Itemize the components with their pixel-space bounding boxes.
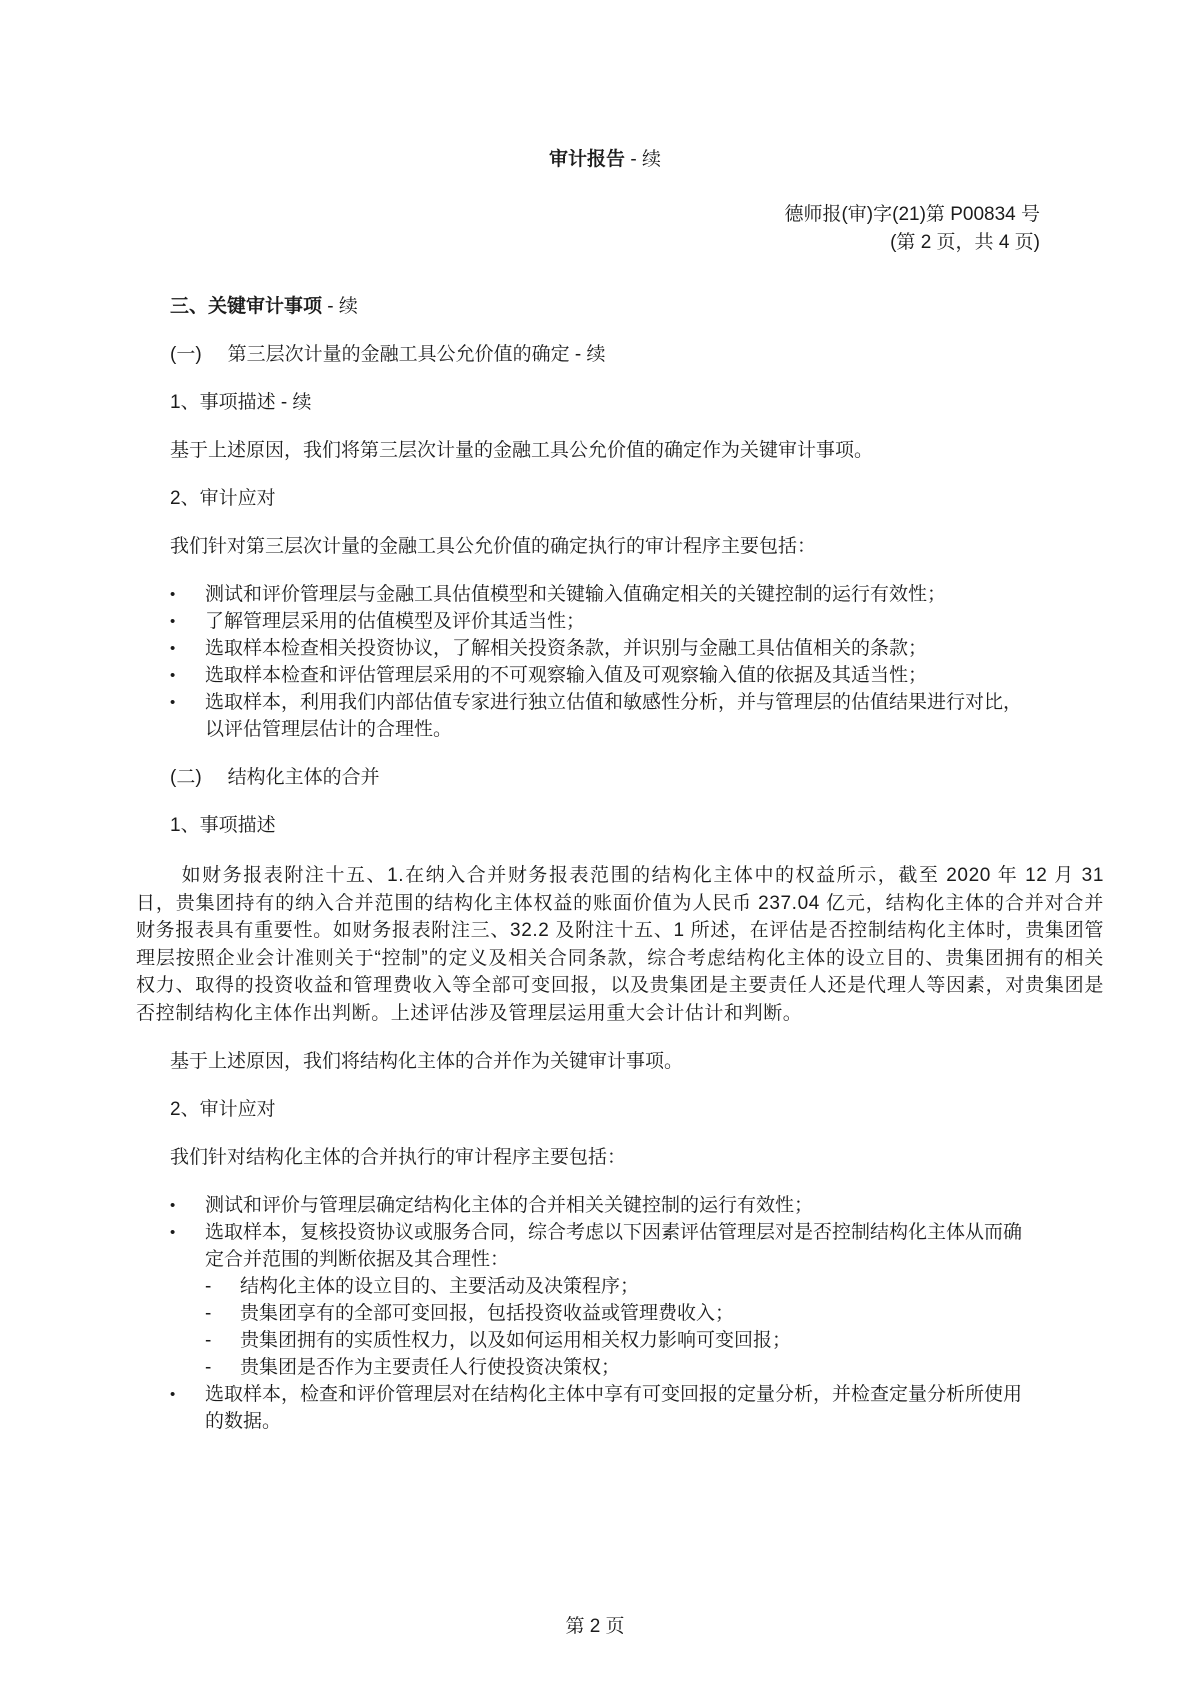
report-reference: 德师报(审)字(21)第 P00834 号 (第 2 页，共 4 页)	[170, 201, 1040, 257]
list-item: • 测试和评价与管理层确定结构化主体的合并相关关键控制的运行有效性；	[170, 1192, 1040, 1219]
item2-desc-heading: 1、事项描述	[170, 812, 1040, 839]
list-item-text: 测试和评价与管理层确定结构化主体的合并相关关键控制的运行有效性；	[205, 1192, 1040, 1219]
item2-desc-paragraph: 如财务报表附注十五、1.在纳入合并财务报表范围的结构化主体中的权益所示，截至 2…	[136, 862, 1104, 1027]
page-number-footer: 第 2 页	[0, 1613, 1190, 1640]
item2-response-heading: 2、审计应对	[170, 1096, 1040, 1123]
bullet-icon: •	[170, 662, 205, 689]
dash-icon: -	[205, 1273, 240, 1300]
sub-list-item: - 贵集团是否作为主要责任人行使投资决策权；	[205, 1354, 1040, 1381]
sub-list-item: - 贵集团拥有的实质性权力，以及如何运用相关权力影响可变回报；	[205, 1327, 1040, 1354]
dash-icon: -	[205, 1300, 240, 1327]
audit-report-page: 审计报告 - 续 德师报(审)字(21)第 P00834 号 (第 2 页，共 …	[0, 0, 1190, 1684]
item2-title: 结构化主体的合并	[228, 764, 380, 791]
item2-procedures-list: • 测试和评价与管理层确定结构化主体的合并相关关键控制的运行有效性； • 选取样…	[170, 1192, 1040, 1435]
item1-desc-paragraph: 基于上述原因，我们将第三层次计量的金融工具公允价值的确定作为关键审计事项。	[170, 437, 1040, 464]
page-content: 审计报告 - 续 德师报(审)字(21)第 P00834 号 (第 2 页，共 …	[0, 0, 1190, 1435]
bullet-icon: •	[170, 1192, 205, 1219]
bullet-icon: •	[170, 1219, 205, 1273]
list-item: • 了解管理层采用的估值模型及评价其适当性；	[170, 608, 1040, 635]
bullet-icon: •	[170, 581, 205, 608]
section-heading-suffix: - 续	[322, 296, 358, 317]
list-item: • 选取样本，检查和评价管理层对在结构化主体中享有可变回报的定量分析，并检查定量…	[170, 1381, 1040, 1435]
list-item-text: 选取样本检查和评估管理层采用的不可观察输入值及可观察输入值的依据及其适当性；	[205, 662, 1040, 689]
list-item-text: 了解管理层采用的估值模型及评价其适当性；	[205, 608, 1040, 635]
list-item-text: 选取样本，复核投资协议或服务合同，综合考虑以下因素评估管理层对是否控制结构化主体…	[205, 1219, 1040, 1273]
item2-number: (二)	[170, 764, 202, 791]
section-heading-text: 三、关键审计事项	[170, 296, 322, 317]
item1-procedures-list: • 测试和评价管理层与金融工具估值模型和关键输入值确定相关的关键控制的运行有效性…	[170, 581, 1040, 743]
sub-list-item: - 贵集团享有的全部可变回报，包括投资收益或管理费收入；	[205, 1300, 1040, 1327]
sub-list-item-text: 贵集团是否作为主要责任人行使投资决策权；	[240, 1354, 1040, 1381]
item2-response-intro: 我们针对结构化主体的合并执行的审计程序主要包括：	[170, 1144, 1040, 1171]
list-item: • 测试和评价管理层与金融工具估值模型和关键输入值确定相关的关键控制的运行有效性…	[170, 581, 1040, 608]
bullet-icon: •	[170, 689, 205, 743]
item2-desc-paragraph2: 基于上述原因，我们将结构化主体的合并作为关键审计事项。	[170, 1048, 1040, 1075]
sub-list-item-text: 贵集团享有的全部可变回报，包括投资收益或管理费收入；	[240, 1300, 1040, 1327]
item2-heading: (二) 结构化主体的合并	[170, 764, 1040, 791]
list-item-text: 选取样本，检查和评价管理层对在结构化主体中享有可变回报的定量分析，并检查定量分析…	[205, 1381, 1040, 1435]
bullet-icon: •	[170, 1381, 205, 1435]
document-title-text: 审计报告	[549, 149, 625, 170]
bullet-icon: •	[170, 635, 205, 662]
item1-number: (一)	[170, 341, 202, 368]
section-heading: 三、关键审计事项 - 续	[170, 293, 1040, 320]
dash-icon: -	[205, 1354, 240, 1381]
dash-icon: -	[205, 1327, 240, 1354]
list-item-text: 测试和评价管理层与金融工具估值模型和关键输入值确定相关的关键控制的运行有效性；	[205, 581, 1040, 608]
item1-heading: (一) 第三层次计量的金融工具公允价值的确定 - 续	[170, 341, 1040, 368]
page-of-pages: (第 2 页，共 4 页)	[170, 229, 1040, 257]
list-item-text: 选取样本，利用我们内部估值专家进行独立估值和敏感性分析，并与管理层的估值结果进行…	[205, 689, 1040, 743]
list-item: • 选取样本检查和评估管理层采用的不可观察输入值及可观察输入值的依据及其适当性；	[170, 662, 1040, 689]
document-title-suffix: - 续	[625, 149, 661, 170]
list-item-text: 选取样本检查相关投资协议，了解相关投资条款，并识别与金融工具估值相关的条款；	[205, 635, 1040, 662]
item1-response-heading: 2、审计应对	[170, 485, 1040, 512]
item2-factors-sublist: - 结构化主体的设立目的、主要活动及决策程序； - 贵集团享有的全部可变回报，包…	[170, 1273, 1040, 1381]
item1-desc-heading: 1、事项描述 - 续	[170, 389, 1040, 416]
list-item: • 选取样本，利用我们内部估值专家进行独立估值和敏感性分析，并与管理层的估值结果…	[170, 689, 1040, 743]
item1-title: 第三层次计量的金融工具公允价值的确定 - 续	[228, 341, 606, 368]
report-number: 德师报(审)字(21)第 P00834 号	[170, 201, 1040, 229]
sub-list-item: - 结构化主体的设立目的、主要活动及决策程序；	[205, 1273, 1040, 1300]
sub-list-item-text: 贵集团拥有的实质性权力，以及如何运用相关权力影响可变回报；	[240, 1327, 1040, 1354]
document-title: 审计报告 - 续	[170, 146, 1040, 173]
item1-response-intro: 我们针对第三层次计量的金融工具公允价值的确定执行的审计程序主要包括：	[170, 533, 1040, 560]
list-item: • 选取样本，复核投资协议或服务合同，综合考虑以下因素评估管理层对是否控制结构化…	[170, 1219, 1040, 1273]
sub-list-item-text: 结构化主体的设立目的、主要活动及决策程序；	[240, 1273, 1040, 1300]
bullet-icon: •	[170, 608, 205, 635]
list-item: • 选取样本检查相关投资协议，了解相关投资条款，并识别与金融工具估值相关的条款；	[170, 635, 1040, 662]
